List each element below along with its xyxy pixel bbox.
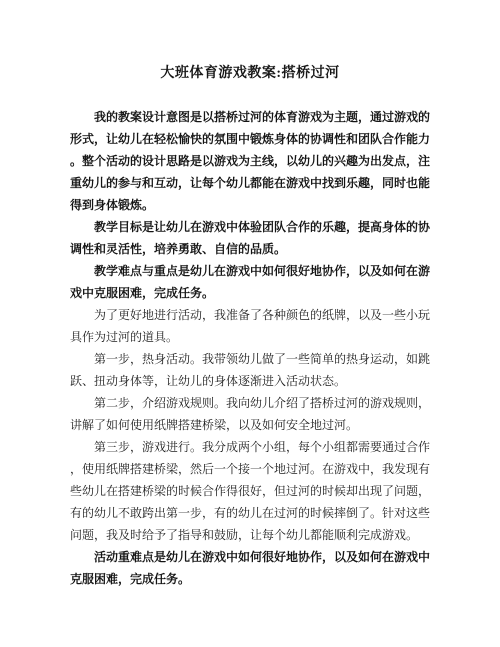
paragraph-step-two-rules: 第二步，介绍游戏规则。我向幼儿介绍了搭桥过河的游戏规则，讲解了如何使用纸牌搭建桥… [70,392,430,436]
paragraph-activity-key-points: 活动重难点是幼儿在游戏中如何很好地协作，以及如何在游戏中克服困难，完成任务。 [70,546,430,590]
document-body: 我的教案设计意图是以搭桥过河的体育游戏为主题，通过游戏的形式，让幼儿在轻松愉快的… [70,106,430,590]
paragraph-materials: 为了更好地进行活动，我准备了各种颜色的纸牌，以及一些小玩具作为过河的道具。 [70,304,430,348]
paragraph-teaching-goals: 教学目标是让幼儿在游戏中体验团队合作的乐趣，提高身体的协调性和灵活性，培养勇敢、… [70,216,430,260]
paragraph-design-intent: 我的教案设计意图是以搭桥过河的体育游戏为主题，通过游戏的形式，让幼儿在轻松愉快的… [70,106,430,216]
paragraph-teaching-difficulties: 教学难点与重点是幼儿在游戏中如何很好地协作，以及如何在游戏中克服困难，完成任务。 [70,260,430,304]
paragraph-step-three-gameplay: 第三步，游戏进行。我分成两个小组，每个小组都需要通过合作，使用纸牌搭建桥梁，然后… [70,436,430,546]
paragraph-step-one-warmup: 第一步，热身活动。我带领幼儿做了一些简单的热身运动，如跳跃、扭动身体等，让幼儿的… [70,348,430,392]
document-page: 大班体育游戏教案:搭桥过河 我的教案设计意图是以搭桥过河的体育游戏为主题，通过游… [0,0,500,647]
page-title: 大班体育游戏教案:搭桥过河 [0,63,500,85]
